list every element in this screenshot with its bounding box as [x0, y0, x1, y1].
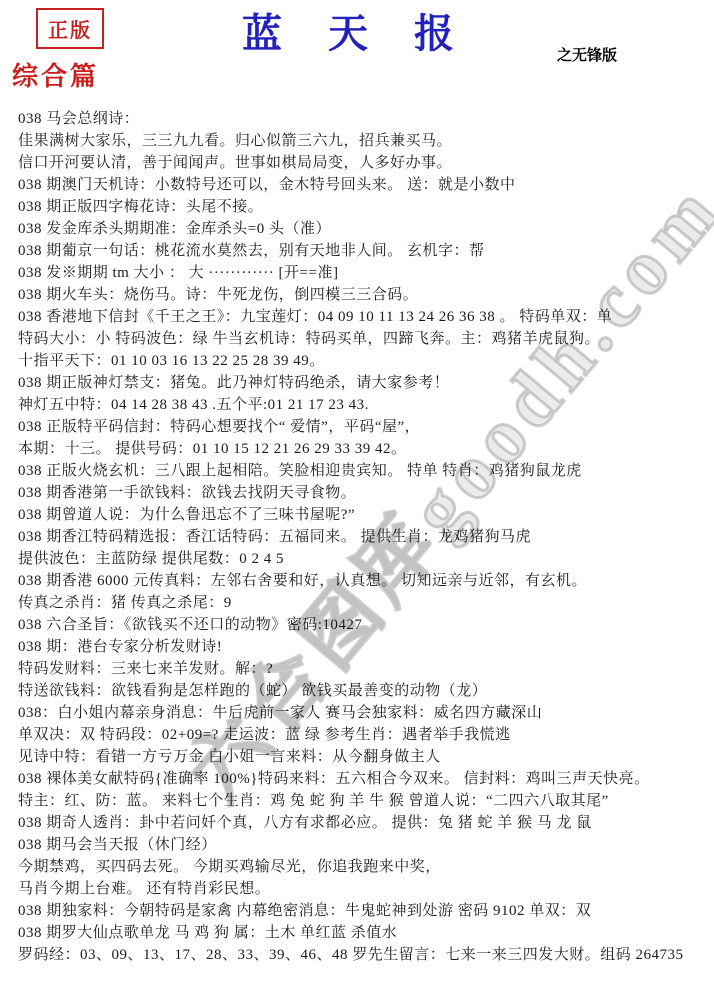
body-lines: 038 马会总纲诗：佳果满树大家乐，三三九九看。归心似箭三六九，招兵兼买马。信口…: [18, 108, 710, 966]
text-line: 038 期正版神灯禁支：猪兔。此乃神灯特码绝杀，请大家参考！: [18, 372, 710, 394]
text-line: 038：白小姐内幕亲身消息：牛后虎前一家人 赛马会独家料：威名四方藏深山: [18, 702, 710, 724]
text-line: 038 马会总纲诗：: [18, 108, 710, 130]
text-line: 见诗中特：看错一方亏万金 白小姐一言来料：从今翻身做主人: [18, 746, 710, 768]
text-line: 038 正版火烧玄机：三八跟上起相陪。笑脸相迎贵宾知。 特单 特肖：鸡猪狗鼠龙虎: [18, 460, 710, 482]
text-line: 038 香港地下信封《千王之王》：九宝莲灯：04 09 10 11 13 24 …: [18, 306, 710, 328]
text-line: 038 期香港第一手欲钱料：欲钱去找阴天寻食物。: [18, 482, 710, 504]
lottery-tip-sheet-page: 六合图厍goodh.com 正版 蓝 天 报 之无锋版 综合篇 038 马会总纲…: [0, 0, 714, 990]
text-line: 038 期澳门天机诗：小数特号还可以，金木特号回头来。 送：就是小数中: [18, 174, 710, 196]
text-line: 038 发金库杀头期期准：金库杀头=0 头（准）: [18, 218, 710, 240]
text-line: 038 期：港台专家分析发财诗!: [18, 636, 710, 658]
text-line: 038 期罗大仙点歌单龙 马 鸡 狗 属：土木 单红蓝 杀值水: [18, 922, 710, 944]
text-line: 特送欲钱料：欲钱看狗是怎样跑的（蛇） 欲钱买最善变的动物（龙）: [18, 680, 710, 702]
text-line: 传真之杀肖：猪 传真之杀尾：9: [18, 592, 710, 614]
text-line: 038 正版特平码信封：特码心想要找个“ 爱情”，平码“屋”，: [18, 416, 710, 438]
text-line: 罗码经：03、09、13、17、28、33、39、46、48 罗先生留言：七来一…: [18, 944, 710, 966]
text-line: 038 期奇人透肖：卦中若问奷个真，八方有求都必应。 提供：兔 猪 蛇 羊 猴 …: [18, 812, 710, 834]
edition-subtitle: 之无锋版: [557, 44, 617, 65]
text-line: 038 期马会当天报（休门经）: [18, 834, 710, 856]
text-line: 提供波色：主蓝防绿 提供尾数：0 2 4 5: [18, 548, 710, 570]
text-line: 038 期香江特码精选报：香江话特码：五福同来。 提供生肖：龙鸡猪狗马虎: [18, 526, 710, 548]
text-line: 038 期正版四字梅花诗：头尾不接。: [18, 196, 710, 218]
text-line: 038 期火车头：烧伤马。诗：牛死龙伤，倒四模三三合码。: [18, 284, 710, 306]
text-line: 今期禁鸡，买四码去死。 今期买鸡输尽光，你追我跑来中奖，: [18, 856, 710, 878]
text-line: 038 裸体美女献特码{准确率 100%}特码来料：五六相合今双来。 信封料：鸡…: [18, 768, 710, 790]
text-line: 038 期葡京一句话：桃花流水莫然去，别有天地非人间。 玄机字：帮: [18, 240, 710, 262]
text-line: 马肖今期上台难。 还有特肖彩民想。: [18, 878, 710, 900]
text-line: 单双决：双 特码段：02+09=? 走运波：蓝 绿 参考生肖：遇者举手我慌逃: [18, 724, 710, 746]
text-line: 十指平天下：01 10 03 16 13 22 25 28 39 49。: [18, 350, 710, 372]
text-line: 特主：红、防：蓝。 来料七个生肖：鸡 兔 蛇 狗 羊 牛 猴 曾道人说：“二四六…: [18, 790, 710, 812]
text-line: 038 期独家料：今朝特码是家禽 内幕绝密消息：牛鬼蛇神到处游 密码 9102 …: [18, 900, 710, 922]
text-line: 特码大小：小 特码波色：绿 牛当玄机诗：特码买单，四蹄飞奔。主：鸡猪羊虎鼠狗。: [18, 328, 710, 350]
text-line: 信口开河要认清，善于闻闻声。世事如棋局局变，人多好办事。: [18, 152, 710, 174]
text-line: 038 期曾道人说：为什么鲁迅忘不了三味书屋呢?”: [18, 504, 710, 526]
text-line: 038 发※期期 tm 大小 ： 大 ············ [开==准]: [18, 262, 710, 284]
section-title: 综合篇: [12, 56, 99, 93]
text-line: 神灯五中特：04 14 28 38 43 .五个平:01 21 17 23 43…: [18, 394, 710, 416]
text-line: 本期：十三。 提供号码：01 10 15 12 21 26 29 33 39 4…: [18, 438, 710, 460]
text-line: 特码发财料：三来七来羊发财。解：?: [18, 658, 710, 680]
text-line: 038 期香港 6000 元传真料：左邻右舍要和好，认真想。 切知远亲与近邻，有…: [18, 570, 710, 592]
text-line: 038 六合圣旨：《欲钱买不还口的动物》密码:10427: [18, 614, 710, 636]
text-line: 佳果满树大家乐，三三九九看。归心似箭三六九，招兵兼买马。: [18, 130, 710, 152]
